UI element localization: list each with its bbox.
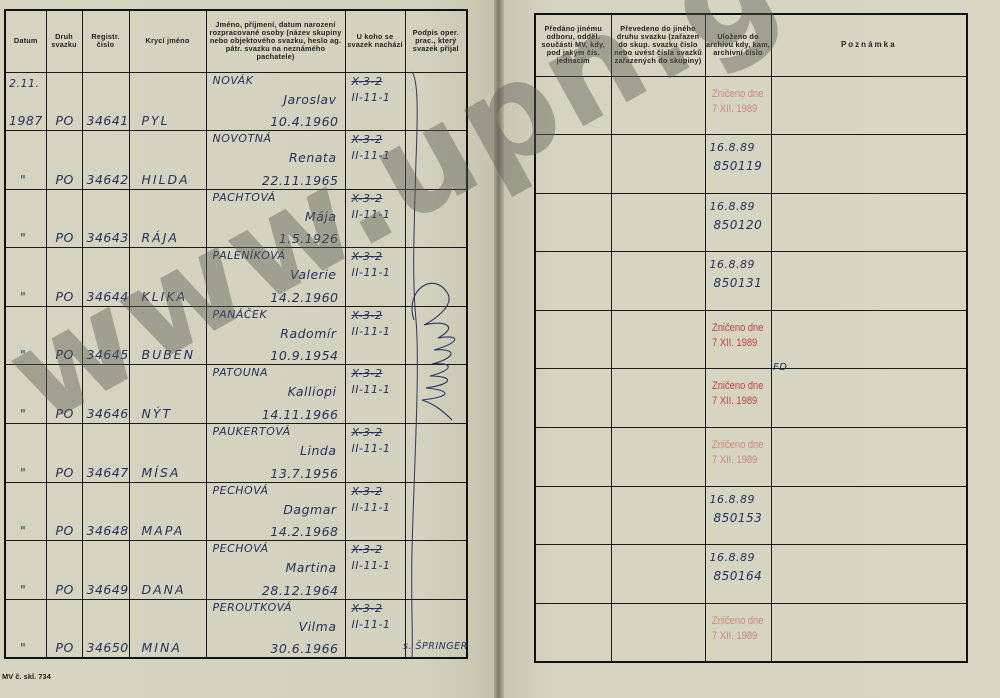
location-cell: X-3-2 II-11-1 xyxy=(345,131,405,190)
archive-cell: Zničeno dne 7 XII. 1989 xyxy=(705,603,771,662)
registration-number: 34641 xyxy=(87,113,129,128)
location-cell: X-3-2 II-11-1 xyxy=(345,72,405,131)
surname: PALENÍKOVÁ xyxy=(213,249,286,262)
ledger-row: 16.8.89 850164 xyxy=(535,545,967,604)
person-cell: PECHOVÁ Dagmar 14.2.1968 xyxy=(206,482,345,541)
file-type: PO xyxy=(56,582,74,597)
ledger-row: Zničeno dne 7 XII. 1989 xyxy=(535,369,967,428)
converted-cell xyxy=(611,193,705,252)
reg-cell: 34645 xyxy=(82,306,129,365)
date: " xyxy=(20,523,26,538)
destroyed-stamp: Zničeno dne 7 XII. 1989 xyxy=(712,438,763,468)
location-struck: X-3-2 xyxy=(352,426,383,439)
signature-cell xyxy=(405,424,467,483)
surname: NOVOTNÁ xyxy=(213,132,272,145)
note-cell xyxy=(771,486,967,545)
location: II-11-1 xyxy=(352,501,391,514)
cover-name: RÁJA xyxy=(142,230,179,245)
date-top: 2.11. xyxy=(9,77,40,90)
reg-cell: 34642 xyxy=(82,131,129,190)
location-cell: X-3-2 II-11-1 xyxy=(345,541,405,600)
receiver-signature: s. ŠPRINGER xyxy=(403,641,468,652)
location-struck: X-3-2 xyxy=(352,485,383,498)
ledger-row: " PO 34650 MINA PEROUTKOVÁ Vilma 30.6.19… xyxy=(5,599,467,658)
first-name: Linda xyxy=(300,443,336,458)
cover-name: BUBEN xyxy=(142,347,196,362)
destroyed-stamp: Zničeno dne 7 XII. 1989 xyxy=(712,321,763,351)
ledger-row: 16.8.89 850120 xyxy=(535,193,967,252)
ledger-row: Zničeno dne 7 XII. 1989 xyxy=(535,603,967,662)
signature-cell xyxy=(405,131,467,190)
type-cell: PO xyxy=(46,424,82,483)
surname: PANÁČEK xyxy=(213,308,268,321)
surname: PATOUNA xyxy=(213,366,269,379)
reg-cell: 34641 xyxy=(82,72,129,131)
location-struck: X-3-2 xyxy=(352,250,383,263)
ledger-row: " PO 34642 HILDA NOVOTNÁ Renata 22.11.19… xyxy=(5,131,467,190)
transferred-cell xyxy=(535,193,611,252)
type-cell: PO xyxy=(46,482,82,541)
reg-cell: 34647 xyxy=(82,424,129,483)
archive-cell: 16.8.89 850153 xyxy=(705,486,771,545)
registration-number: 34650 xyxy=(87,640,129,655)
cover-cell: BUBEN xyxy=(129,306,206,365)
cover-name: MINA xyxy=(142,640,182,655)
cover-name: PYL xyxy=(142,113,170,128)
birth-date: 22.11.1965 xyxy=(262,173,339,188)
type-cell: PO xyxy=(46,131,82,190)
note-cell xyxy=(771,135,967,194)
person-cell: PAUKERTOVÁ Linda 13.7.1956 xyxy=(206,424,345,483)
archive-cell: Zničeno dne 7 XII. 1989 xyxy=(705,76,771,135)
birth-date: 30.6.1966 xyxy=(270,641,338,656)
archive-cell: Zničeno dne 7 XII. 1989 xyxy=(705,310,771,369)
birth-date: 14.2.1960 xyxy=(270,290,338,305)
location: II-11-1 xyxy=(352,383,391,396)
date-cell: 2.11. 1987 xyxy=(5,72,46,131)
converted-cell xyxy=(611,369,705,428)
birth-date: 10.4.1960 xyxy=(270,114,338,129)
date: " xyxy=(20,230,26,245)
location-cell: X-3-2 II-11-1 xyxy=(345,482,405,541)
archive-number: 850164 xyxy=(714,569,763,583)
date: " xyxy=(20,406,26,421)
right-ledger-table: Předáno jinému odboru, odděl. součásti M… xyxy=(534,13,968,663)
ledger-row: " PO 34643 RÁJA PACHTOVÁ Mája 1.5.1926 X… xyxy=(5,189,467,248)
ledger-row: Zničeno dne 7 XII. 1989 xyxy=(535,76,967,135)
note-cell xyxy=(771,76,967,135)
surname: PECHOVÁ xyxy=(213,542,269,555)
archive-cell: 16.8.89 850120 xyxy=(705,193,771,252)
first-name: Renata xyxy=(289,150,337,165)
first-name: Radomír xyxy=(280,326,336,341)
reg-cell: 34650 xyxy=(82,599,129,658)
type-cell: PO xyxy=(46,248,82,307)
archive-date: 16.8.89 xyxy=(710,258,756,271)
registration-number: 34642 xyxy=(87,172,129,187)
location-cell: X-3-2 II-11-1 xyxy=(345,365,405,424)
date: " xyxy=(20,582,26,597)
converted-cell xyxy=(611,545,705,604)
destroyed-stamp: Zničeno dne 7 XII. 1989 xyxy=(712,614,763,644)
note-cell xyxy=(771,193,967,252)
cover-cell: NÝT xyxy=(129,365,206,424)
ledger-row: 16.8.89 850119 xyxy=(535,135,967,194)
archive-date: 16.8.89 xyxy=(710,200,756,213)
transferred-cell xyxy=(535,76,611,135)
person-cell: PATOUNA Kalliopi 14.11.1966 xyxy=(206,365,345,424)
person-cell: PACHTOVÁ Mája 1.5.1926 xyxy=(206,189,345,248)
header-predano: Předáno jinému odboru, odděl. součásti M… xyxy=(535,14,611,76)
header-podpis: Podpis oper. prac., který svazek přijal xyxy=(405,10,467,72)
surname: NOVÁK xyxy=(213,74,254,87)
date: " xyxy=(20,465,26,480)
location-struck: X-3-2 xyxy=(352,192,383,205)
stamp-date: 7 XII. 1989 xyxy=(712,394,763,409)
converted-cell xyxy=(611,603,705,662)
registration-number: 34649 xyxy=(87,582,129,597)
first-name: Vilma xyxy=(299,619,337,634)
form-number: MV č. skl. 734 xyxy=(2,672,51,681)
stamp-date: 7 XII. 1989 xyxy=(712,453,763,468)
location-struck: X-3-2 xyxy=(352,309,383,322)
transferred-cell xyxy=(535,545,611,604)
date-cell: " xyxy=(5,599,46,658)
birth-date: 10.9.1954 xyxy=(270,348,338,363)
date: " xyxy=(20,347,26,362)
signature-cell xyxy=(405,248,467,307)
date-cell: " xyxy=(5,131,46,190)
transferred-cell xyxy=(535,252,611,311)
right-header-row: Předáno jinému odboru, odděl. součásti M… xyxy=(535,14,967,76)
ledger-row: " PO 34649 DANA PECHOVÁ Martina 28.12.19… xyxy=(5,541,467,600)
registration-number: 34645 xyxy=(87,347,129,362)
surname: PECHOVÁ xyxy=(213,484,269,497)
registration-number: 34646 xyxy=(87,406,129,421)
location: II-11-1 xyxy=(352,618,391,631)
location-struck: X-3-2 xyxy=(352,602,383,615)
note-cell xyxy=(771,310,967,369)
location-struck: X-3-2 xyxy=(352,367,383,380)
converted-cell xyxy=(611,135,705,194)
archive-number: 850119 xyxy=(714,159,763,173)
location-cell: X-3-2 II-11-1 xyxy=(345,599,405,658)
file-type: PO xyxy=(56,172,74,187)
stamp-text: Zničeno dne xyxy=(712,379,763,394)
archive-cell: 16.8.89 850119 xyxy=(705,135,771,194)
note-cell xyxy=(771,252,967,311)
stamp-text: Zničeno dne xyxy=(712,614,763,629)
header-jmeno-prijmeni: Jméno, příjmení, datum narození rozpraco… xyxy=(206,10,345,72)
signature-cell xyxy=(405,541,467,600)
transferred-cell xyxy=(535,135,611,194)
birth-date: 14.2.1968 xyxy=(270,524,338,539)
stamp-text: Zničeno dne xyxy=(712,321,763,336)
location: II-11-1 xyxy=(352,149,391,162)
type-cell: PO xyxy=(46,599,82,658)
cover-name: DANA xyxy=(142,582,186,597)
location-cell: X-3-2 II-11-1 xyxy=(345,189,405,248)
ledger-row: 2.11. 1987 PO 34641 PYL NOVÁK Jaroslav 1… xyxy=(5,72,467,131)
date-cell: " xyxy=(5,365,46,424)
reg-cell: 34648 xyxy=(82,482,129,541)
birth-date: 28.12.1964 xyxy=(262,583,339,598)
person-cell: PALENÍKOVÁ Valerie 14.2.1960 xyxy=(206,248,345,307)
archive-cell: Zničeno dne 7 XII. 1989 xyxy=(705,428,771,487)
registration-number: 34643 xyxy=(87,230,129,245)
ledger-row: " PO 34646 NÝT PATOUNA Kalliopi 14.11.19… xyxy=(5,365,467,424)
location: II-11-1 xyxy=(352,208,391,221)
converted-cell xyxy=(611,252,705,311)
converted-cell xyxy=(611,310,705,369)
ledger-row: " PO 34644 KLIKA PALENÍKOVÁ Valerie 14.2… xyxy=(5,248,467,307)
file-type: PO xyxy=(56,465,74,480)
type-cell: PO xyxy=(46,541,82,600)
date: 1987 xyxy=(9,113,43,128)
birth-date: 14.11.1966 xyxy=(262,407,339,422)
destroyed-stamp: Zničeno dne 7 XII. 1989 xyxy=(712,87,763,117)
converted-cell xyxy=(611,428,705,487)
location-cell: X-3-2 II-11-1 xyxy=(345,306,405,365)
cover-cell: PYL xyxy=(129,72,206,131)
location-struck: X-3-2 xyxy=(352,543,383,556)
cover-cell: RÁJA xyxy=(129,189,206,248)
ledger-row: Zničeno dne 7 XII. 1989 xyxy=(535,428,967,487)
date-cell: " xyxy=(5,189,46,248)
ledger-row: " PO 34645 BUBEN PANÁČEK Radomír 10.9.19… xyxy=(5,306,467,365)
date-cell: " xyxy=(5,306,46,365)
type-cell: PO xyxy=(46,72,82,131)
cover-name: HILDA xyxy=(142,172,190,187)
person-cell: PEROUTKOVÁ Vilma 30.6.1966 xyxy=(206,599,345,658)
type-cell: PO xyxy=(46,189,82,248)
location: II-11-1 xyxy=(352,266,391,279)
birth-date: 1.5.1926 xyxy=(279,231,339,246)
type-cell: PO xyxy=(46,365,82,424)
signature-cell xyxy=(405,72,467,131)
destroyed-stamp: Zničeno dne 7 XII. 1989 xyxy=(712,379,763,409)
header-registr-cislo: Registr. číslo xyxy=(82,10,129,72)
person-cell: NOVÁK Jaroslav 10.4.1960 xyxy=(206,72,345,131)
cover-name: MAPA xyxy=(142,523,185,538)
file-type: PO xyxy=(56,347,74,362)
date-cell: " xyxy=(5,424,46,483)
person-cell: NOVOTNÁ Renata 22.11.1965 xyxy=(206,131,345,190)
header-druh-svazku: Druh svazku xyxy=(46,10,82,72)
location: II-11-1 xyxy=(352,91,391,104)
stamp-date: 7 XII. 1989 xyxy=(712,336,763,351)
registration-number: 34648 xyxy=(87,523,129,538)
birth-date: 13.7.1956 xyxy=(270,466,338,481)
left-ledger-table: Datum Druh svazku Registr. číslo Krycí j… xyxy=(4,9,468,659)
first-name: Jaroslav xyxy=(283,92,336,107)
person-cell: PECHOVÁ Martina 28.12.1964 xyxy=(206,541,345,600)
cover-name: KLIKA xyxy=(142,289,188,304)
cover-name: MÍSA xyxy=(142,465,181,480)
archive-date: 16.8.89 xyxy=(710,551,756,564)
stamp-text: Zničeno dne xyxy=(712,438,763,453)
surname: PACHTOVÁ xyxy=(213,191,276,204)
first-name: Kalliopi xyxy=(288,384,337,399)
note-cell xyxy=(771,369,967,428)
transferred-cell xyxy=(535,486,611,545)
converted-cell xyxy=(611,486,705,545)
reg-cell: 34643 xyxy=(82,189,129,248)
date-cell: " xyxy=(5,482,46,541)
reg-cell: 34649 xyxy=(82,541,129,600)
header-ulozeno: Uloženo do archivu kdy, kam, archivní čí… xyxy=(705,14,771,76)
date-cell: " xyxy=(5,541,46,600)
first-name: Dagmar xyxy=(283,502,336,517)
archive-date: 16.8.89 xyxy=(710,141,756,154)
first-name: Mája xyxy=(305,209,337,224)
cover-cell: DANA xyxy=(129,541,206,600)
person-cell: PANÁČEK Radomír 10.9.1954 xyxy=(206,306,345,365)
file-type: PO xyxy=(56,523,74,538)
cover-cell: HILDA xyxy=(129,131,206,190)
date: " xyxy=(20,640,26,655)
note-cell xyxy=(771,428,967,487)
archive-date: 16.8.89 xyxy=(710,493,756,506)
stamp-text: Zničeno dne xyxy=(712,87,763,102)
archive-cell: 16.8.89 850131 xyxy=(705,252,771,311)
header-poznamka: Poznámka xyxy=(771,14,967,76)
location-struck: X-3-2 xyxy=(352,75,383,88)
header-prevedeno: Převedeno do jiného druhu svazku (zařaze… xyxy=(611,14,705,76)
transferred-cell xyxy=(535,369,611,428)
registration-number: 34644 xyxy=(87,289,129,304)
transferred-cell xyxy=(535,428,611,487)
signature-cell xyxy=(405,306,467,365)
file-type: PO xyxy=(56,640,74,655)
ledger-row: " PO 34647 MÍSA PAUKERTOVÁ Linda 13.7.19… xyxy=(5,424,467,483)
transferred-cell xyxy=(535,310,611,369)
file-type: PO xyxy=(56,113,74,128)
margin-note: FD xyxy=(773,362,787,373)
archive-number: 850120 xyxy=(714,218,763,232)
date: " xyxy=(20,172,26,187)
cover-name: NÝT xyxy=(142,406,173,421)
signature-cell xyxy=(405,189,467,248)
file-type: PO xyxy=(56,289,74,304)
surname: PAUKERTOVÁ xyxy=(213,425,291,438)
reg-cell: 34646 xyxy=(82,365,129,424)
file-type: PO xyxy=(56,406,74,421)
transferred-cell xyxy=(535,603,611,662)
ledger-row: Zničeno dne 7 XII. 1989 xyxy=(535,310,967,369)
header-datum: Datum xyxy=(5,10,46,72)
stamp-date: 7 XII. 1989 xyxy=(712,102,763,117)
cover-cell: MÍSA xyxy=(129,424,206,483)
archive-cell: Zničeno dne 7 XII. 1989 xyxy=(705,369,771,428)
cover-cell: KLIKA xyxy=(129,248,206,307)
signature-cell xyxy=(405,365,467,424)
surname: PEROUTKOVÁ xyxy=(213,601,293,614)
archive-number: 850153 xyxy=(714,511,763,525)
first-name: Valerie xyxy=(290,267,336,282)
note-cell xyxy=(771,603,967,662)
book-gutter xyxy=(494,0,504,698)
archive-cell: 16.8.89 850164 xyxy=(705,545,771,604)
file-type: PO xyxy=(56,230,74,245)
ledger-row: 16.8.89 850131 xyxy=(535,252,967,311)
type-cell: PO xyxy=(46,306,82,365)
location: II-11-1 xyxy=(352,442,391,455)
registration-number: 34647 xyxy=(87,465,129,480)
date: " xyxy=(20,289,26,304)
converted-cell xyxy=(611,76,705,135)
header-kryci-jmeno: Krycí jméno xyxy=(129,10,206,72)
reg-cell: 34644 xyxy=(82,248,129,307)
cover-cell: MINA xyxy=(129,599,206,658)
ledger-row: 16.8.89 850153 xyxy=(535,486,967,545)
stamp-date: 7 XII. 1989 xyxy=(712,629,763,644)
note-cell xyxy=(771,545,967,604)
location-cell: X-3-2 II-11-1 xyxy=(345,248,405,307)
location-struck: X-3-2 xyxy=(352,133,383,146)
cover-cell: MAPA xyxy=(129,482,206,541)
location: II-11-1 xyxy=(352,559,391,572)
left-header-row: Datum Druh svazku Registr. číslo Krycí j… xyxy=(5,10,467,72)
first-name: Martina xyxy=(285,560,336,575)
header-u-koho: U koho se svazek nachází xyxy=(345,10,405,72)
signature-cell xyxy=(405,482,467,541)
date-cell: " xyxy=(5,248,46,307)
location: II-11-1 xyxy=(352,325,391,338)
archive-number: 850131 xyxy=(714,276,763,290)
ledger-row: " PO 34648 MAPA PECHOVÁ Dagmar 14.2.1968… xyxy=(5,482,467,541)
location-cell: X-3-2 II-11-1 xyxy=(345,424,405,483)
